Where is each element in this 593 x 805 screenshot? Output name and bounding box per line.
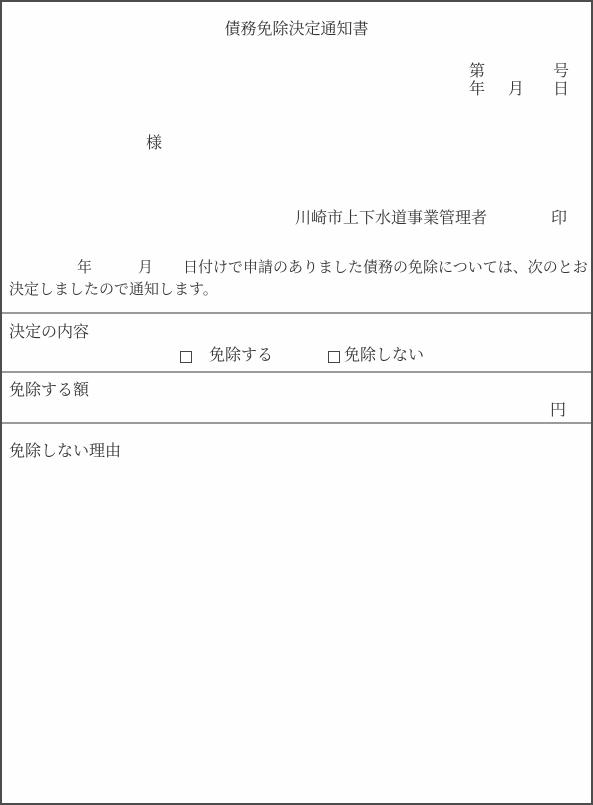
not-exempt-checkbox[interactable]: [328, 351, 340, 363]
body-year-label: 年: [77, 260, 92, 276]
body-paragraph-line1: 年月日付けで申請のありました債務の免除については、次のとおり: [9, 260, 593, 277]
body-month-label: 月: [138, 260, 153, 276]
issuer-name: 川崎市上下水道事業管理者: [295, 210, 487, 228]
date-month-label: 月: [508, 81, 524, 98]
amount-section-label: 免除する額: [9, 382, 89, 400]
body-paragraph-line2: 決定しましたので通知します。: [9, 282, 218, 299]
addressee-honorific: 様: [146, 135, 162, 153]
exempt-checkbox-label: 免除する: [209, 347, 273, 365]
section-divider-reason: [2, 422, 591, 424]
issue-date-line: 年月日: [469, 81, 569, 99]
doc-number-suffix: 号: [553, 63, 569, 80]
date-day-label: 日: [553, 81, 569, 98]
document-title: 債務免除決定通知書: [2, 21, 591, 39]
not-exempt-checkbox-label: 免除しない: [344, 347, 424, 365]
doc-number-prefix: 第: [469, 63, 485, 80]
doc-number-line: 第号: [469, 63, 569, 81]
debt-exemption-notice-document: 債務免除決定通知書 第号 年月日 様 川崎市上下水道事業管理者 印 年月日付けで…: [0, 0, 593, 805]
section-divider-decision: [2, 312, 591, 314]
body-line1-text: 日付けで申請のありました債務の免除については、次のとおり: [183, 260, 593, 276]
section-divider-amount: [2, 371, 591, 373]
seal-placeholder: 印: [551, 210, 567, 228]
exempt-checkbox[interactable]: [180, 351, 192, 363]
amount-unit-yen: 円: [550, 402, 566, 420]
date-year-label: 年: [469, 81, 485, 98]
reason-section-label: 免除しない理由: [9, 443, 121, 461]
decision-section-label: 決定の内容: [9, 324, 89, 342]
